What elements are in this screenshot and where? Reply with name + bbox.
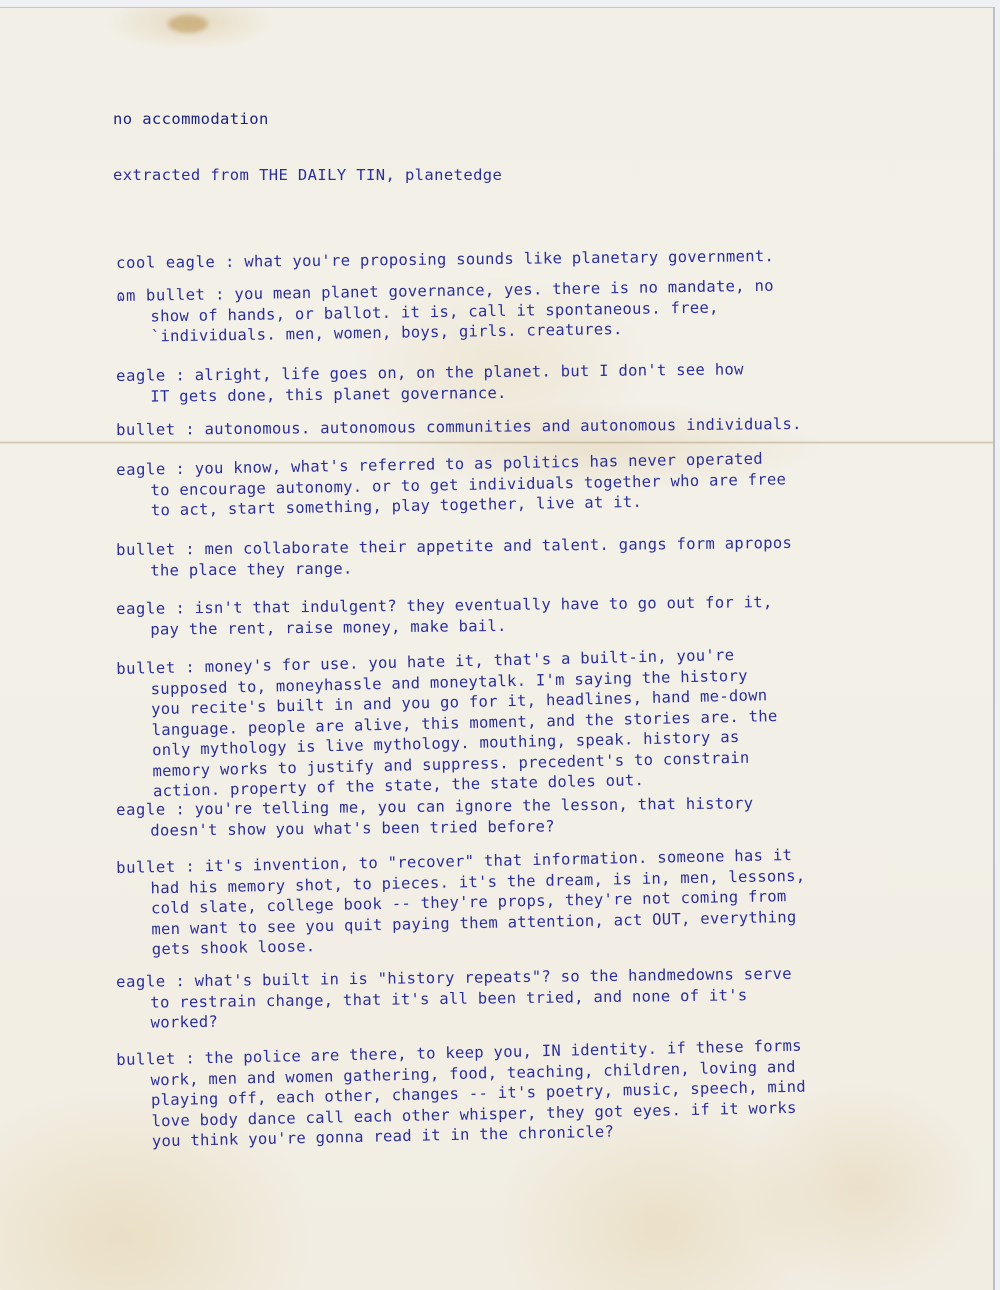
- dialogue-text: autonomous. autonomous communities and a…: [205, 415, 802, 438]
- speaker-label: bullet: [116, 420, 176, 439]
- speaker-label: bullet: [116, 540, 176, 559]
- dialogue-entry: eagle : alright, life goes on, on the pl…: [116, 359, 744, 407]
- dialogue-text: you're telling me, you can ignore the le…: [195, 794, 754, 818]
- dialogue-text: IT gets done, this planet governance.: [150, 383, 507, 405]
- dialogue-text: what you're proposing sounds like planet…: [244, 247, 774, 271]
- document-source-line: extracted from THE DAILY TIN, planetedge: [113, 165, 502, 185]
- speaker-label: eagle: [116, 972, 166, 991]
- document-title: no accommodation: [113, 109, 269, 129]
- speaker-separator: :: [176, 540, 205, 558]
- paper-fold-crease: [0, 441, 993, 444]
- speaker-label: ɷm bullet: [116, 286, 206, 305]
- dialogue-text: the place they range.: [150, 559, 352, 579]
- speaker-separator: :: [176, 420, 205, 438]
- speaker-separator: :: [166, 972, 195, 990]
- paper-stain: [168, 15, 208, 33]
- dialogue-entry: bullet : money's for use. you hate it, t…: [116, 644, 779, 802]
- dialogue-text: doesn't show you what's been tried befor…: [150, 817, 555, 839]
- dialogue-entry: bullet : men collaborate their appetite …: [116, 533, 792, 581]
- dialogue-entry: bullet : it's invention, to "recover" th…: [116, 845, 807, 961]
- speaker-label: bullet: [116, 659, 176, 678]
- speaker-separator: :: [166, 460, 195, 479]
- dialogue-entry: eagle : isn't that indulgent? they event…: [116, 592, 773, 640]
- speaker-label: eagle: [116, 366, 166, 385]
- speaker-label: eagle: [116, 460, 166, 479]
- speaker-separator: :: [205, 285, 234, 303]
- speaker-separator: :: [166, 599, 195, 617]
- dialogue-text: gets shook loose.: [152, 937, 316, 958]
- dialogue-entry: eagle : you know, what's referred to as …: [116, 448, 787, 521]
- dialogue-entry: eagle : you're telling me, you can ignor…: [116, 793, 754, 841]
- dialogue-text: pay the rent, raise money, make bail.: [150, 616, 507, 638]
- dialogue-text: worked?: [151, 1013, 219, 1032]
- dialogue-entry: ɷm bullet : you mean planet governance, …: [116, 276, 775, 348]
- speaker-label: eagle: [116, 599, 166, 618]
- dialogue-entry: bullet : the police are there, to keep y…: [116, 1036, 807, 1153]
- speaker-separator: :: [166, 800, 195, 818]
- speaker-separator: :: [176, 658, 205, 677]
- speaker-separator: :: [176, 857, 205, 876]
- speaker-separator: :: [176, 1049, 205, 1068]
- speaker-label: bullet: [116, 858, 176, 877]
- dialogue-text: alright, life goes on, on the planet. bu…: [195, 360, 744, 384]
- speaker-separator: :: [215, 253, 244, 271]
- speaker-separator: :: [166, 366, 195, 384]
- dialogue-entry: eagle : what's built in is "history repe…: [116, 964, 792, 1034]
- speaker-label: eagle: [116, 800, 166, 819]
- speaker-label: cool eagle: [116, 253, 216, 272]
- speaker-label: bullet: [116, 1050, 176, 1069]
